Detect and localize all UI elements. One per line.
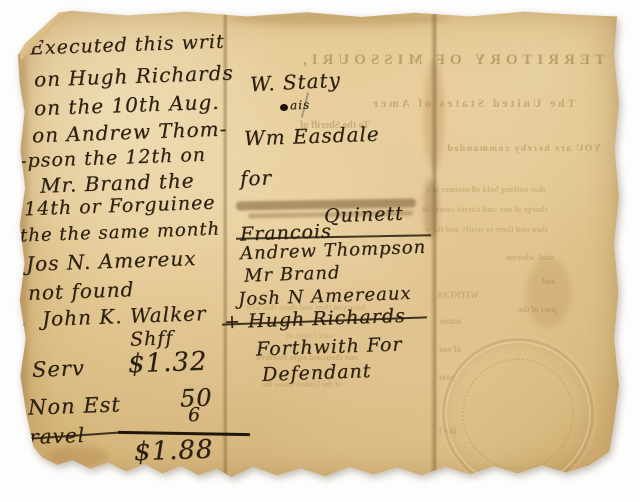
margin-note: ais — [290, 98, 311, 113]
bleed-edge-fragment: name — [440, 316, 461, 326]
for-label: for — [240, 165, 273, 190]
bleed-faint-line: said, wherein — [506, 252, 554, 262]
panel-heading: W. Staty — [249, 68, 341, 97]
handwritten-line: on the 10th Aug. — [34, 90, 220, 120]
bleed-faint-line: part of the — [518, 304, 556, 314]
bleed-faint-line: and — [542, 276, 556, 286]
closing-line: Defendant — [262, 360, 372, 386]
handwritten-line: Jos N. Amereux — [26, 246, 197, 276]
fee-serv-amount: $1.32 — [128, 347, 208, 380]
ink-blot — [280, 104, 288, 111]
scanned-document: TERRITORY OF MISSOURI, The United States… — [18, 8, 620, 480]
inserted-name: Quinett — [324, 203, 404, 228]
fee-travel-amount: 6 — [188, 404, 202, 426]
fee-serv-label: Serv — [32, 356, 86, 382]
handwritten-line: Executed this writ — [30, 31, 225, 60]
fold-crease — [430, 8, 438, 480]
name-line: Wm Easdale — [244, 122, 380, 151]
closing-line: Forthwith For — [256, 333, 403, 360]
bleed-united-states-line: The United States of Amer — [370, 98, 575, 110]
bleed-faint-line: that nothing hold all manner of e — [426, 184, 545, 194]
bleed-edge-fragment: WITNESS — [438, 290, 479, 300]
handwritten-line: on Andrew Thom- — [32, 117, 228, 148]
bleed-commanded-line: YOU are hereby commanded — [446, 144, 601, 154]
handwritten-line: on Hugh Richards — [34, 61, 234, 92]
bleed-faint-line: charge of our said circuit court the — [422, 204, 548, 214]
fee-non-est-label: Non Est — [28, 392, 122, 419]
paper-stain — [526, 258, 571, 328]
embossed-seal — [442, 338, 594, 490]
paper-stain — [228, 12, 448, 26]
party-name: Mr Brand — [244, 262, 341, 286]
fee-total-amount: $1.88 — [134, 435, 214, 468]
paper-sheet: TERRITORY OF MISSOURI, The United States… — [18, 8, 620, 480]
handwritten-line: the the same month — [20, 219, 221, 247]
signature-john-k-walker: John K. Walker — [42, 301, 207, 331]
paper-stain — [48, 446, 108, 466]
bleed-faint-line: then and there to testify and the w — [424, 224, 548, 234]
ditto-mark: ” — [18, 322, 27, 338]
handwritten-line: not found — [28, 277, 135, 305]
bleed-edge-fragment: of our — [438, 344, 461, 354]
bleed-territory-header: TERRITORY OF MISSOURI, — [298, 52, 605, 69]
